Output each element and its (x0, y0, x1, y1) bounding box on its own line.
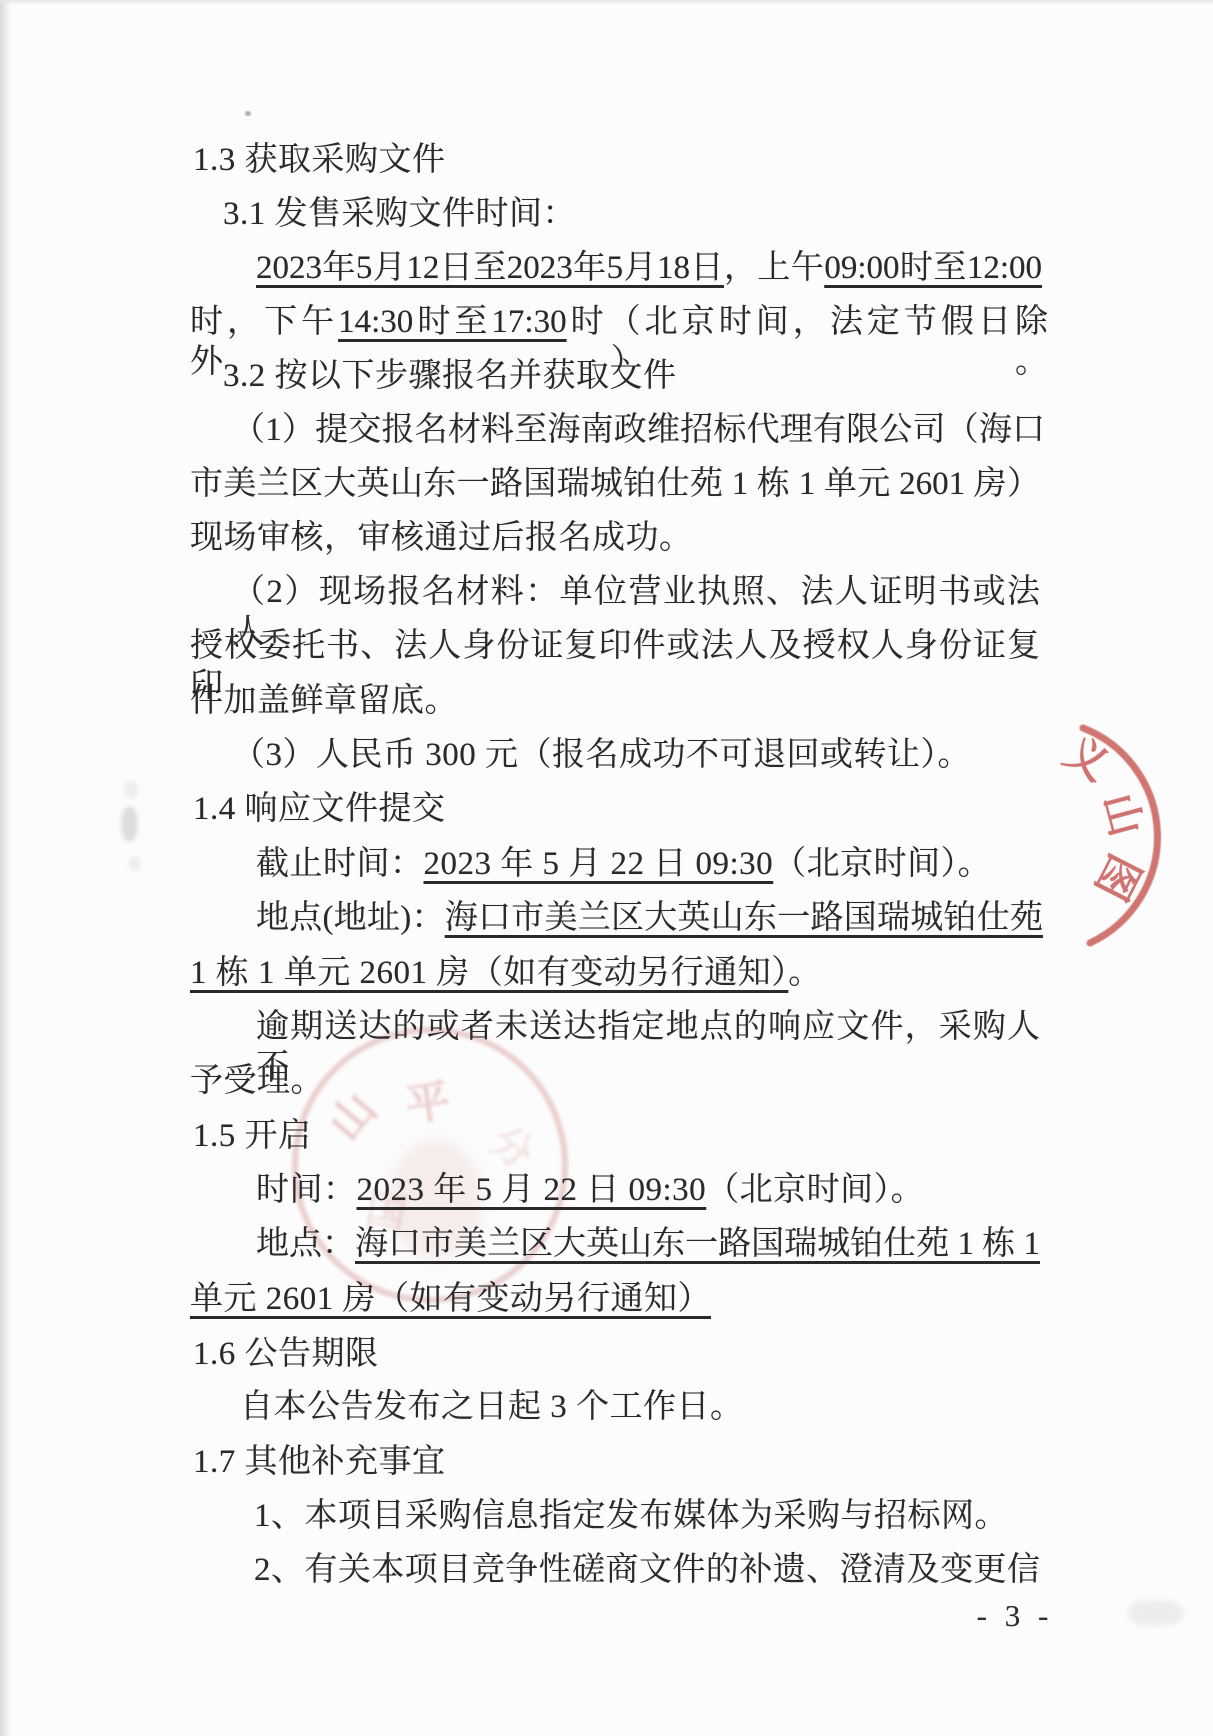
text-segment: 时间： (256, 1172, 357, 1208)
underlined-text-segment: 2023 年 5 月 22 日 09:30 (424, 846, 774, 882)
step-1-line-3: 现场审核，审核通过后报名成功。 (190, 518, 693, 558)
text-segment: 地点(地址)： (256, 900, 445, 936)
text-segment: 逾期送达的或者未送达指定地点的响应文件，采购人不 (256, 1009, 1040, 1085)
heading-1-6: 1.6 公告期限 (193, 1334, 379, 1374)
heading-1-7: 1.7 其他补充事宜 (193, 1442, 446, 1482)
clause-3-2-heading: 3.2 按以下步骤报名并获取文件 (223, 356, 677, 396)
text-layer: 1.3 获取采购文件3.1 发售采购文件时间：2023年5月12日至2023年5… (0, 0, 1213, 1736)
text-segment: 地点： (256, 1226, 355, 1262)
heading-1-4: 1.4 响应文件提交 (193, 789, 446, 829)
text-segment: 时，下午 (190, 304, 338, 340)
supplement-item-1: 1、本项目采购信息指定发布媒体为采购与招标网。 (254, 1496, 1008, 1536)
text-segment: 3.2 按以下步骤报名并获取文件 (223, 358, 677, 394)
clause-3-1-heading: 3.1 发售采购文件时间： (223, 194, 576, 234)
text-segment: 1.6 公告期限 (193, 1336, 379, 1372)
text-segment: 2、有关本项目竞争性磋商文件的补遗、澄清及变更信 (254, 1552, 1040, 1588)
deadline-line: 截止时间：2023 年 5 月 22 日 09:30（北京时间）。 (256, 844, 991, 884)
underlined-text-segment: 1 栋 1 单元 2601 房（如有变动另行通知） (190, 955, 788, 991)
step-3-line: （3）人民币 300 元（报名成功不可退回或转让）。 (232, 735, 971, 775)
late-delivery-line-2: 予受理。 (190, 1061, 324, 1101)
text-segment: 市美兰区大英山东一路国瑞城铂仕苑 1 栋 1 单元 2601 房） (190, 466, 1040, 502)
text-segment: 1.3 获取采购文件 (193, 142, 446, 178)
underlined-text-segment: 09:00时至12:00 (824, 250, 1042, 286)
submit-place-line-1: 地点(地址)：海口市美兰区大英山东一路国瑞城铂仕苑 (256, 898, 1043, 938)
underlined-text-segment: 海口市美兰区大英山东一路国瑞城铂仕苑 (445, 900, 1043, 936)
text-segment: 件加盖鲜章留底。 (190, 683, 458, 719)
scanned-document-page: 山平国分义山图 1.3 获取采购文件3.1 发售采购文件时间：2023年5月12… (0, 0, 1213, 1736)
underlined-text-segment: 海口市美兰区大英山东一路国瑞城铂仕苑 1 栋 1 (355, 1226, 1040, 1262)
underlined-text-segment: 14:30时至17:30 (338, 304, 566, 340)
text-segment: 1.5 开启 (193, 1118, 312, 1154)
open-place-line-2: 单元 2601 房（如有变动另行通知） (190, 1279, 711, 1319)
step-2-line-3: 件加盖鲜章留底。 (190, 681, 458, 721)
step-1-line-1: （1）提交报名材料至海南政维招标代理有限公司（海口 (232, 410, 1045, 450)
text-segment: （北京时间）。 (773, 846, 991, 882)
text-segment: 予受理。 (190, 1063, 324, 1099)
heading-1-3: 1.3 获取采购文件 (193, 140, 446, 180)
supplement-item-2: 2、有关本项目竞争性磋商文件的补遗、澄清及变更信 (254, 1550, 1040, 1590)
text-segment: 1.7 其他补充事宜 (193, 1444, 446, 1480)
underlined-text-segment: 2023年5月12日至2023年5月18日 (256, 250, 724, 286)
text-segment: 截止时间： (256, 846, 424, 882)
open-time-line: 时间：2023 年 5 月 22 日 09:30（北京时间）。 (256, 1170, 924, 1210)
text-segment: （3）人民币 300 元（报名成功不可退回或转让）。 (232, 737, 971, 773)
step-1-line-2: 市美兰区大英山东一路国瑞城铂仕苑 1 栋 1 单元 2601 房） (190, 464, 1040, 504)
submit-place-line-2: 1 栋 1 单元 2601 房（如有变动另行通知）。 (190, 953, 822, 993)
text-segment: 1.4 响应文件提交 (193, 791, 446, 827)
underlined-text-segment: 2023 年 5 月 22 日 09:30 (357, 1172, 707, 1208)
sale-time-line-1: 2023年5月12日至2023年5月18日，上午09:00时至12:00 (256, 248, 1042, 288)
heading-1-5: 1.5 开启 (193, 1116, 312, 1156)
text-segment: 。 (788, 955, 822, 991)
text-segment: ，上午 (724, 250, 824, 286)
announcement-period-line: 自本公告发布之日起 3 个工作日。 (240, 1387, 744, 1427)
text-segment: 自本公告发布之日起 3 个工作日。 (240, 1389, 744, 1425)
text-segment: （1）提交报名材料至海南政维招标代理有限公司（海口 (232, 412, 1045, 448)
late-delivery-line-1: 逾期送达的或者未送达指定地点的响应文件，采购人不 (256, 1007, 1040, 1087)
underlined-text-segment: 单元 2601 房（如有变动另行通知） (190, 1281, 711, 1317)
text-segment: 3.1 发售采购文件时间： (223, 196, 576, 232)
text-segment: 1、本项目采购信息指定发布媒体为采购与招标网。 (254, 1498, 1008, 1534)
text-segment: 现场审核，审核通过后报名成功。 (190, 520, 693, 556)
open-place-line-1: 地点：海口市美兰区大英山东一路国瑞城铂仕苑 1 栋 1 (256, 1224, 1040, 1264)
text-segment: （北京时间）。 (706, 1172, 924, 1208)
